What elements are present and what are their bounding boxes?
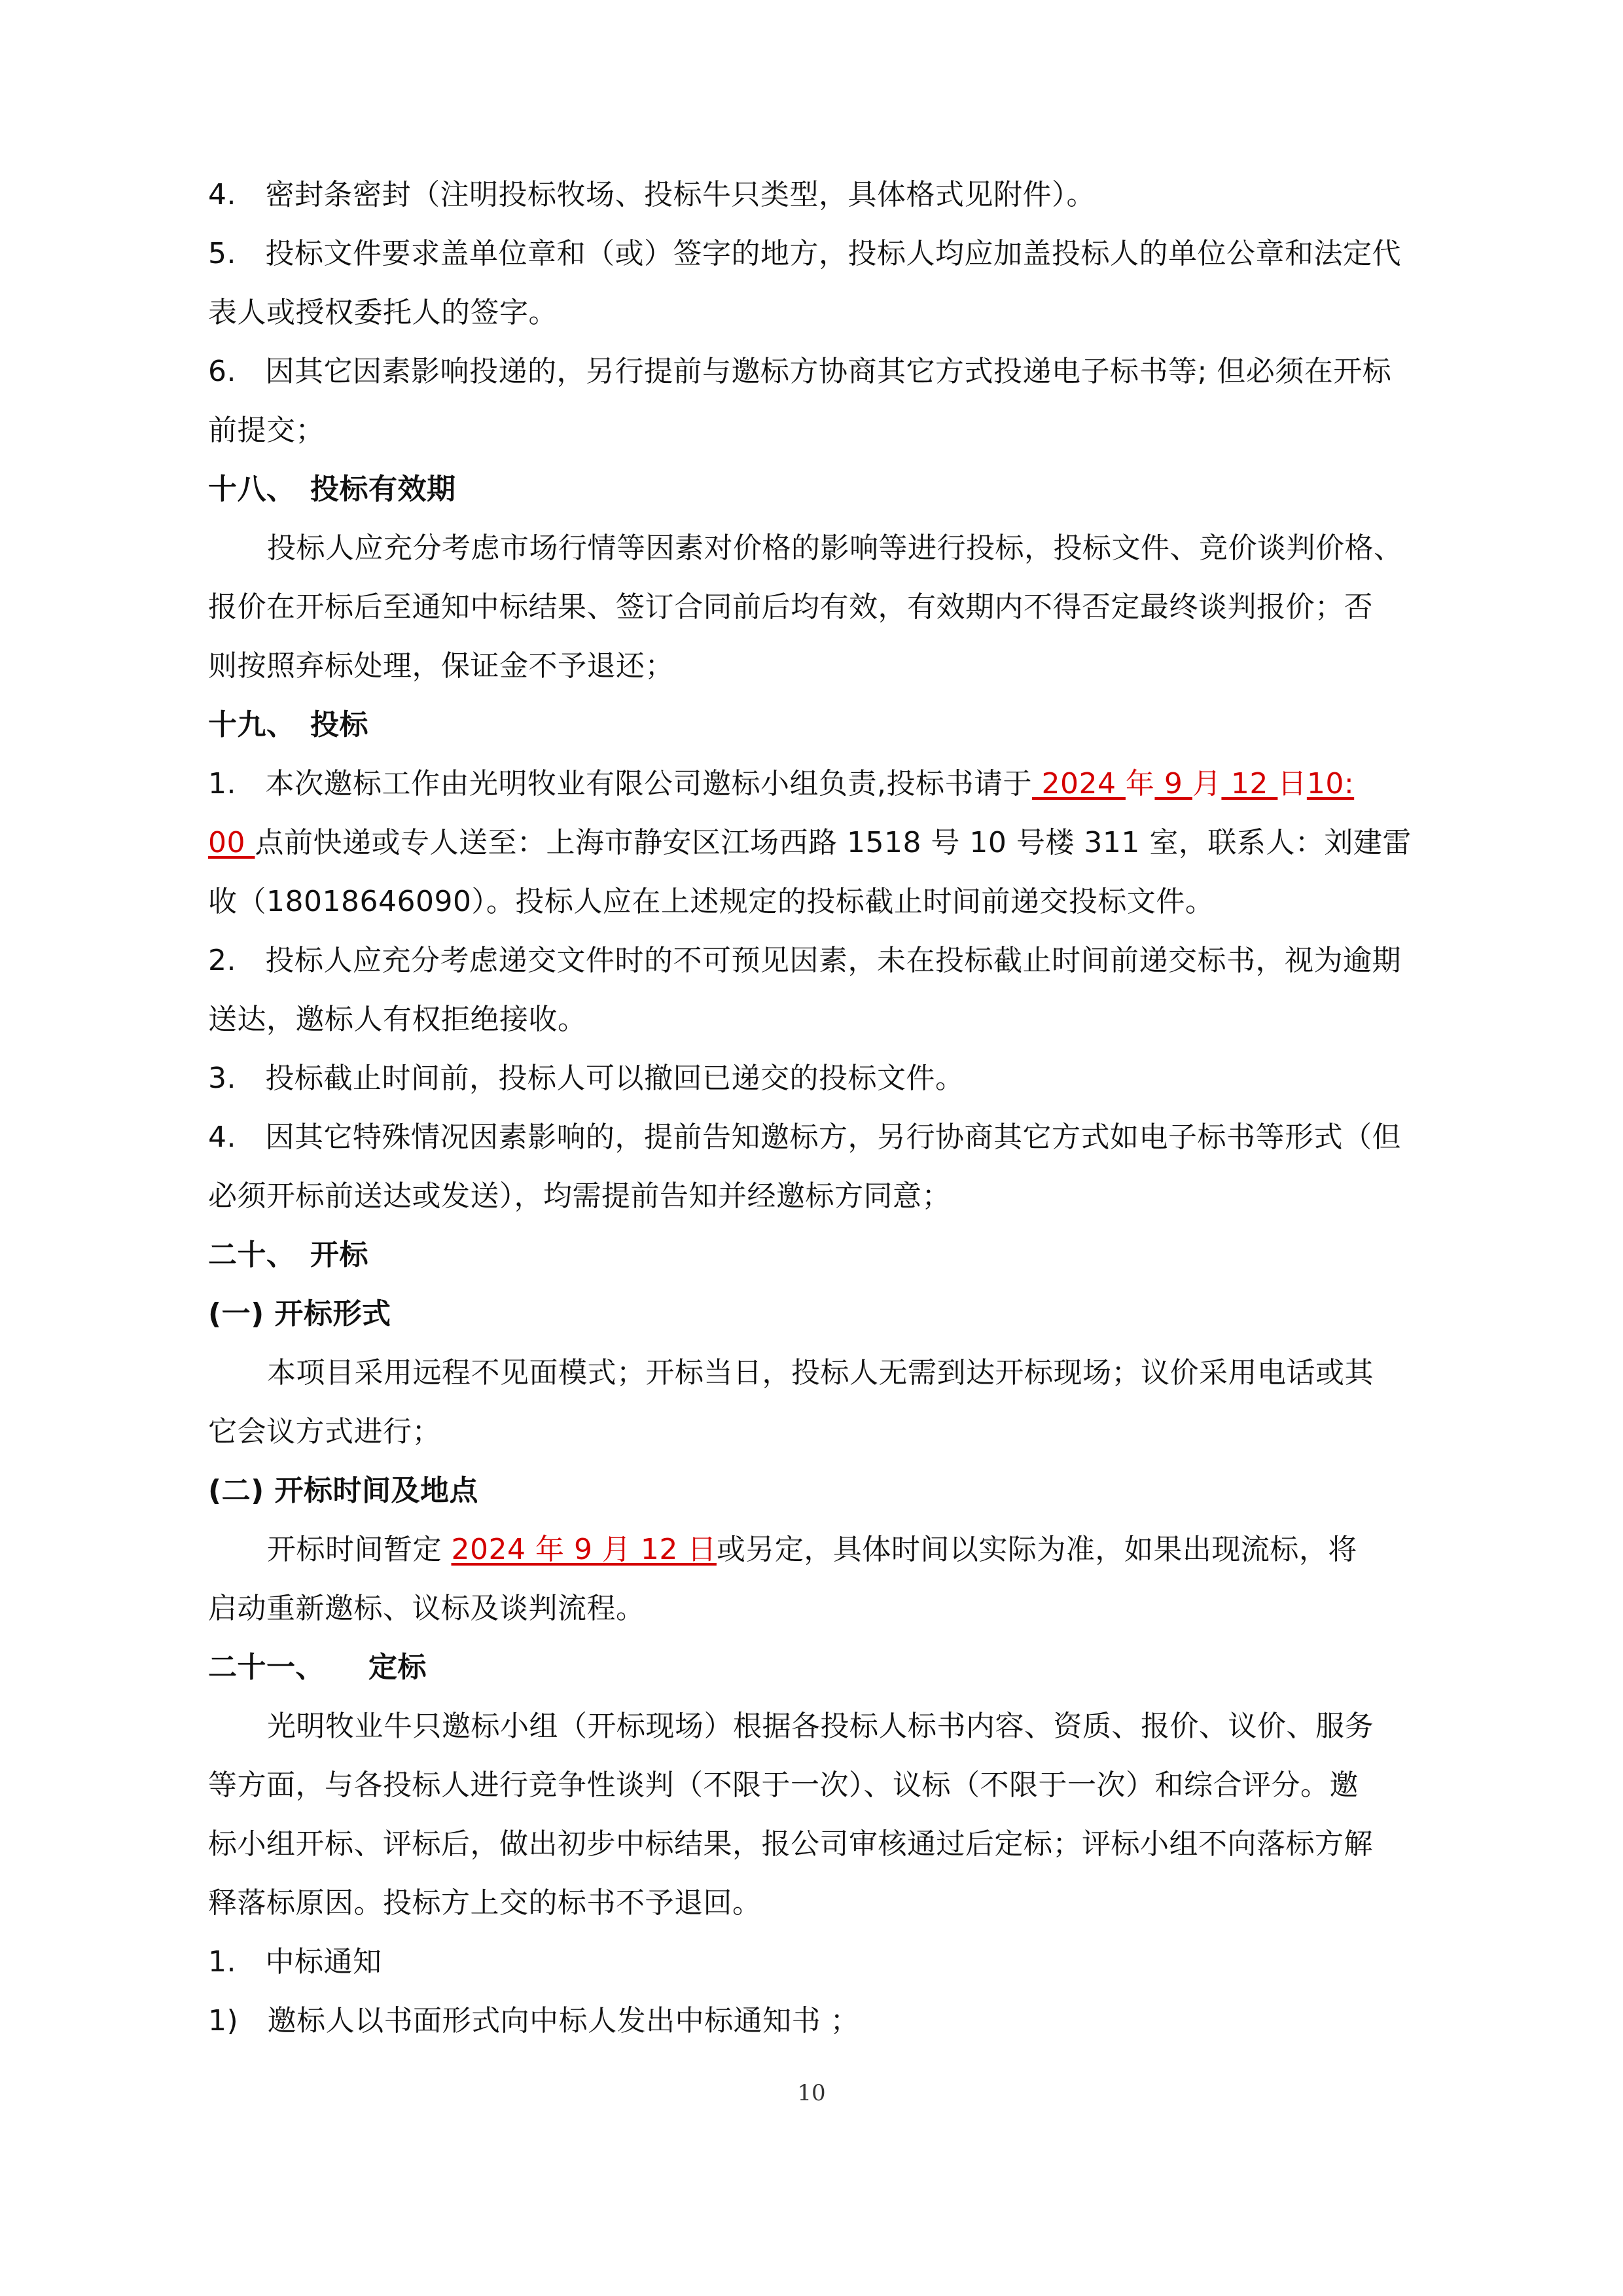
subheading-opening-time: (二) 开标时间及地点 — [208, 1471, 478, 1511]
paragraph-line: 光明牧业牛只邀标小组（开标现场）根据各投标人标书内容、资质、报价、议价、服务 — [267, 1707, 1374, 1746]
page-number: 10 — [0, 2080, 1623, 2106]
paragraph-line: 启动重新邀标、议标及谈判流程。 — [208, 1589, 645, 1628]
paragraph-line: 前提交； — [208, 411, 325, 450]
section-heading-18: 十八、 投标有效期 — [208, 470, 456, 509]
deadline-time-minute: 00 — [208, 826, 255, 859]
deadline-day: 12 — [1221, 767, 1277, 800]
list-item-5: 5. 投标文件要求盖单位章和（或）签字的地方，投标人均应加盖投标人的单位公章和法… — [208, 234, 1401, 274]
text: 点前快递或专人送至：上海市静安区江场西路 1518 号 10 号楼 311 室，… — [255, 826, 1411, 859]
paragraph-line: 00 点前快递或专人送至：上海市静安区江场西路 1518 号 10 号楼 311… — [208, 823, 1412, 863]
paragraph-line: 则按照弃标处理，保证金不予退还； — [208, 647, 674, 686]
deadline-year: 2024 — [1032, 767, 1126, 800]
label-day: 日 — [1277, 767, 1307, 800]
list-item-1-deadline: 1. 本次邀标工作由光明牧业有限公司邀标小组负责,投标书请于 2024 年 9 … — [208, 764, 1354, 804]
deadline-time-hour: 10: — [1307, 767, 1354, 800]
paragraph-line: 送达，邀标人有权拒绝接收。 — [208, 1000, 587, 1039]
list-item-1-1: 1) 邀标人以书面形式向中标人发出中标通知书 ； — [208, 2001, 859, 2041]
paragraph-line: 本项目采用远程不见面模式；开标当日，投标人无需到达开标现场；议价采用电话或其 — [267, 1354, 1374, 1393]
text: 1. 本次邀标工作由光明牧业有限公司邀标小组负责,投标书请于 — [208, 767, 1032, 800]
subheading-opening-format: (一) 开标形式 — [208, 1295, 391, 1334]
text: 开标时间暂定 — [267, 1533, 452, 1566]
paragraph-line: 等方面，与各投标人进行竞争性谈判（不限于一次）、议标（不限于一次）和综合评分。邀 — [208, 1766, 1359, 1805]
section-heading-21: 二十一、 定标 — [208, 1648, 427, 1687]
list-item-6: 6. 因其它因素影响投递的，另行提前与邀标方协商其它方式投递电子标书等; 但必须… — [208, 352, 1391, 391]
list-item-3: 3. 投标截止时间前，投标人可以撤回已递交的投标文件。 — [208, 1059, 964, 1098]
paragraph-line: 释落标原因。投标方上交的标书不予退回。 — [208, 1884, 762, 1923]
paragraph-line: 开标时间暂定 2024 年 9 月 12 日或另定，具体时间以实际为准，如果出现… — [267, 1530, 1357, 1570]
text: 或另定，具体时间以实际为准，如果出现流标，将 — [717, 1533, 1357, 1566]
paragraph-line: 报价在开标后至通知中标结果、签订合同前后均有效，有效期内不得否定最终谈判报价；否 — [208, 588, 1373, 627]
list-item-4: 4. 因其它特殊情况因素影响的，提前告知邀标方，另行协商其它方式如电子标书等形式… — [208, 1118, 1401, 1157]
deadline-month: 9 — [1154, 767, 1192, 800]
paragraph-line: 投标人应充分考虑市场行情等因素对价格的影响等进行投标，投标文件、竞价谈判价格、 — [267, 529, 1403, 568]
paragraph-line: 表人或授权委托人的签字。 — [208, 293, 558, 332]
paragraph-line: 标小组开标、评标后，做出初步中标结果，报公司审核通过后定标；评标小组不向落标方解 — [208, 1825, 1373, 1864]
list-item-1: 1. 中标通知 — [208, 1943, 382, 1982]
label-year: 年 — [1126, 767, 1155, 800]
label-month: 月 — [1192, 767, 1222, 800]
section-heading-20: 二十、 开标 — [208, 1236, 368, 1275]
paragraph-line: 必须开标前送达或发送），均需提前告知并经邀标方同意； — [208, 1177, 951, 1216]
list-item-2: 2. 投标人应充分考虑递交文件时的不可预见因素，未在投标截止时间前递交标书，视为… — [208, 941, 1401, 980]
paragraph-line: 它会议方式进行； — [208, 1412, 441, 1452]
section-heading-19: 十九、 投标 — [208, 706, 368, 745]
paragraph-line: 收（18018646090）。投标人应在上述规定的投标截止时间前递交投标文件。 — [208, 882, 1214, 922]
list-item-4: 4. 密封条密封（注明投标牧场、投标牛只类型，具体格式见附件）。 — [208, 175, 1096, 215]
opening-date: 2024 年 9 月 12 日 — [452, 1533, 717, 1566]
